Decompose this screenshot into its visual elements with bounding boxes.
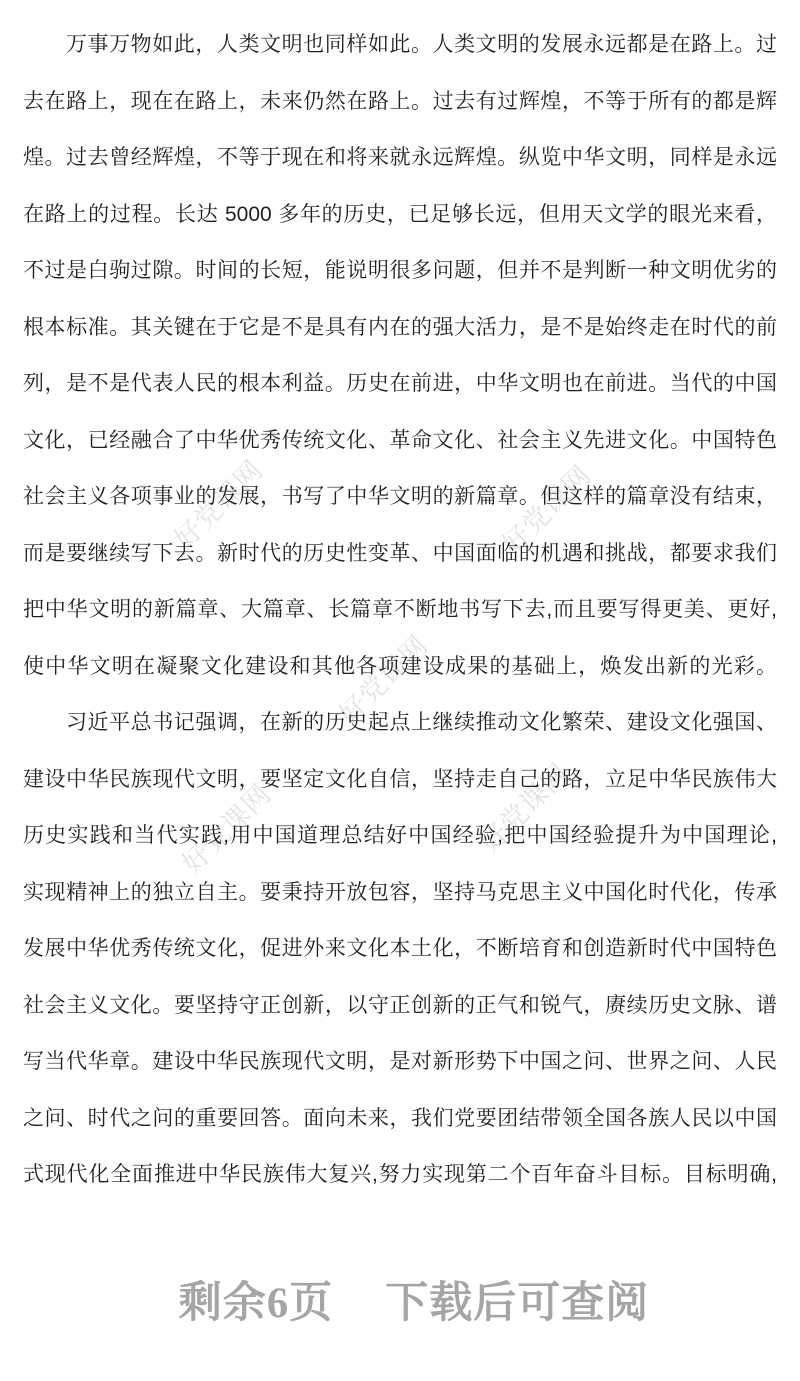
text-line: 不过是白驹过隙。时间的长短，能说明很多问题，但并不是判断一种文明优劣的	[23, 243, 777, 300]
text-line: 实现精神上的独立自主。要秉持开放包容，坚持马克思主义中国化时代化，传承	[23, 865, 777, 922]
pages-remaining-notice: 剩余6页 下载后可查阅	[28, 1279, 800, 1328]
text-line: 文化，已经融合了中华优秀传统文化、革命文化、社会主义先进文化。中国特色	[23, 413, 777, 470]
text-line: 之问、时代之问的重要回答。面向未来，我们党要团结带领全国各族人民以中国	[23, 1091, 777, 1148]
text-line: 社会主义文化。要坚持守正创新，以守正创新的正气和锐气，赓续历史文脉、谱	[23, 978, 777, 1035]
pages-remaining-label: 剩余6页	[179, 1279, 334, 1328]
text-line: 去在路上，现在在路上，未来仍然在路上。过去有过辉煌，不等于所有的都是辉	[23, 74, 777, 131]
text-line: 煌。过去曾经辉煌，不等于现在和将来就永远辉煌。纵览中华文明，同样是永远	[23, 130, 777, 187]
text-line: 使中华文明在凝聚文化建设和其他各项建设成果的基础上，焕发出新的光彩。	[23, 639, 777, 696]
download-hint-label: 下载后可查阅	[385, 1279, 649, 1328]
document-body: 万事万物如此，人类文明也同样如此。人类文明的发展永远都是在路上。过去在路上，现在…	[23, 17, 777, 1204]
text-line: 式现代化全面推进中华民族伟大复兴,努力实现第二个百年奋斗目标。目标明确,	[23, 1147, 777, 1204]
text-line: 发展中华优秀传统文化，促进外来文化本土化，不断培育和创造新时代中国特色	[23, 921, 777, 978]
text-line: 根本标准。其关键在于它是不是具有内在的强大活力，是不是始终走在时代的前	[23, 300, 777, 357]
text-line: 历史实践和当代实践,用中国道理总结好中国经验,把中国经验提升为中国理论,	[23, 808, 777, 865]
text-line: 建设中华民族现代文明，要坚定文化自信，坚持走自己的路，立足中华民族伟大	[23, 752, 777, 809]
text-line: 万事万物如此，人类文明也同样如此。人类文明的发展永远都是在路上。过	[23, 17, 777, 74]
text-line: 而是要继续写下去。新时代的历史性变革、中国面临的机遇和挑战，都要求我们	[23, 526, 777, 583]
text-line: 列，是不是代表人民的根本利益。历史在前进，中华文明也在前进。当代的中国	[23, 356, 777, 413]
text-line: 写当代华章。建设中华民族现代文明，是对新形势下中国之问、世界之问、人民	[23, 1034, 777, 1091]
text-line: 在路上的过程。长达 5000 多年的历史，已足够长远，但用天文学的眼光来看，	[23, 187, 777, 244]
text-line: 把中华文明的新篇章、大篇章、长篇章不断地书写下去,而且要写得更美、更好,	[23, 582, 777, 639]
text-line: 习近平总书记强调，在新的历史起点上继续推动文化繁荣、建设文化强国、	[23, 695, 777, 752]
document-preview-page: 好党课网好党课网好党课网好党课网好党课网 万事万物如此，人类文明也同样如此。人类…	[0, 0, 800, 1381]
text-line: 社会主义各项事业的发展，书写了中华文明的新篇章。但这样的篇章没有结束，	[23, 469, 777, 526]
